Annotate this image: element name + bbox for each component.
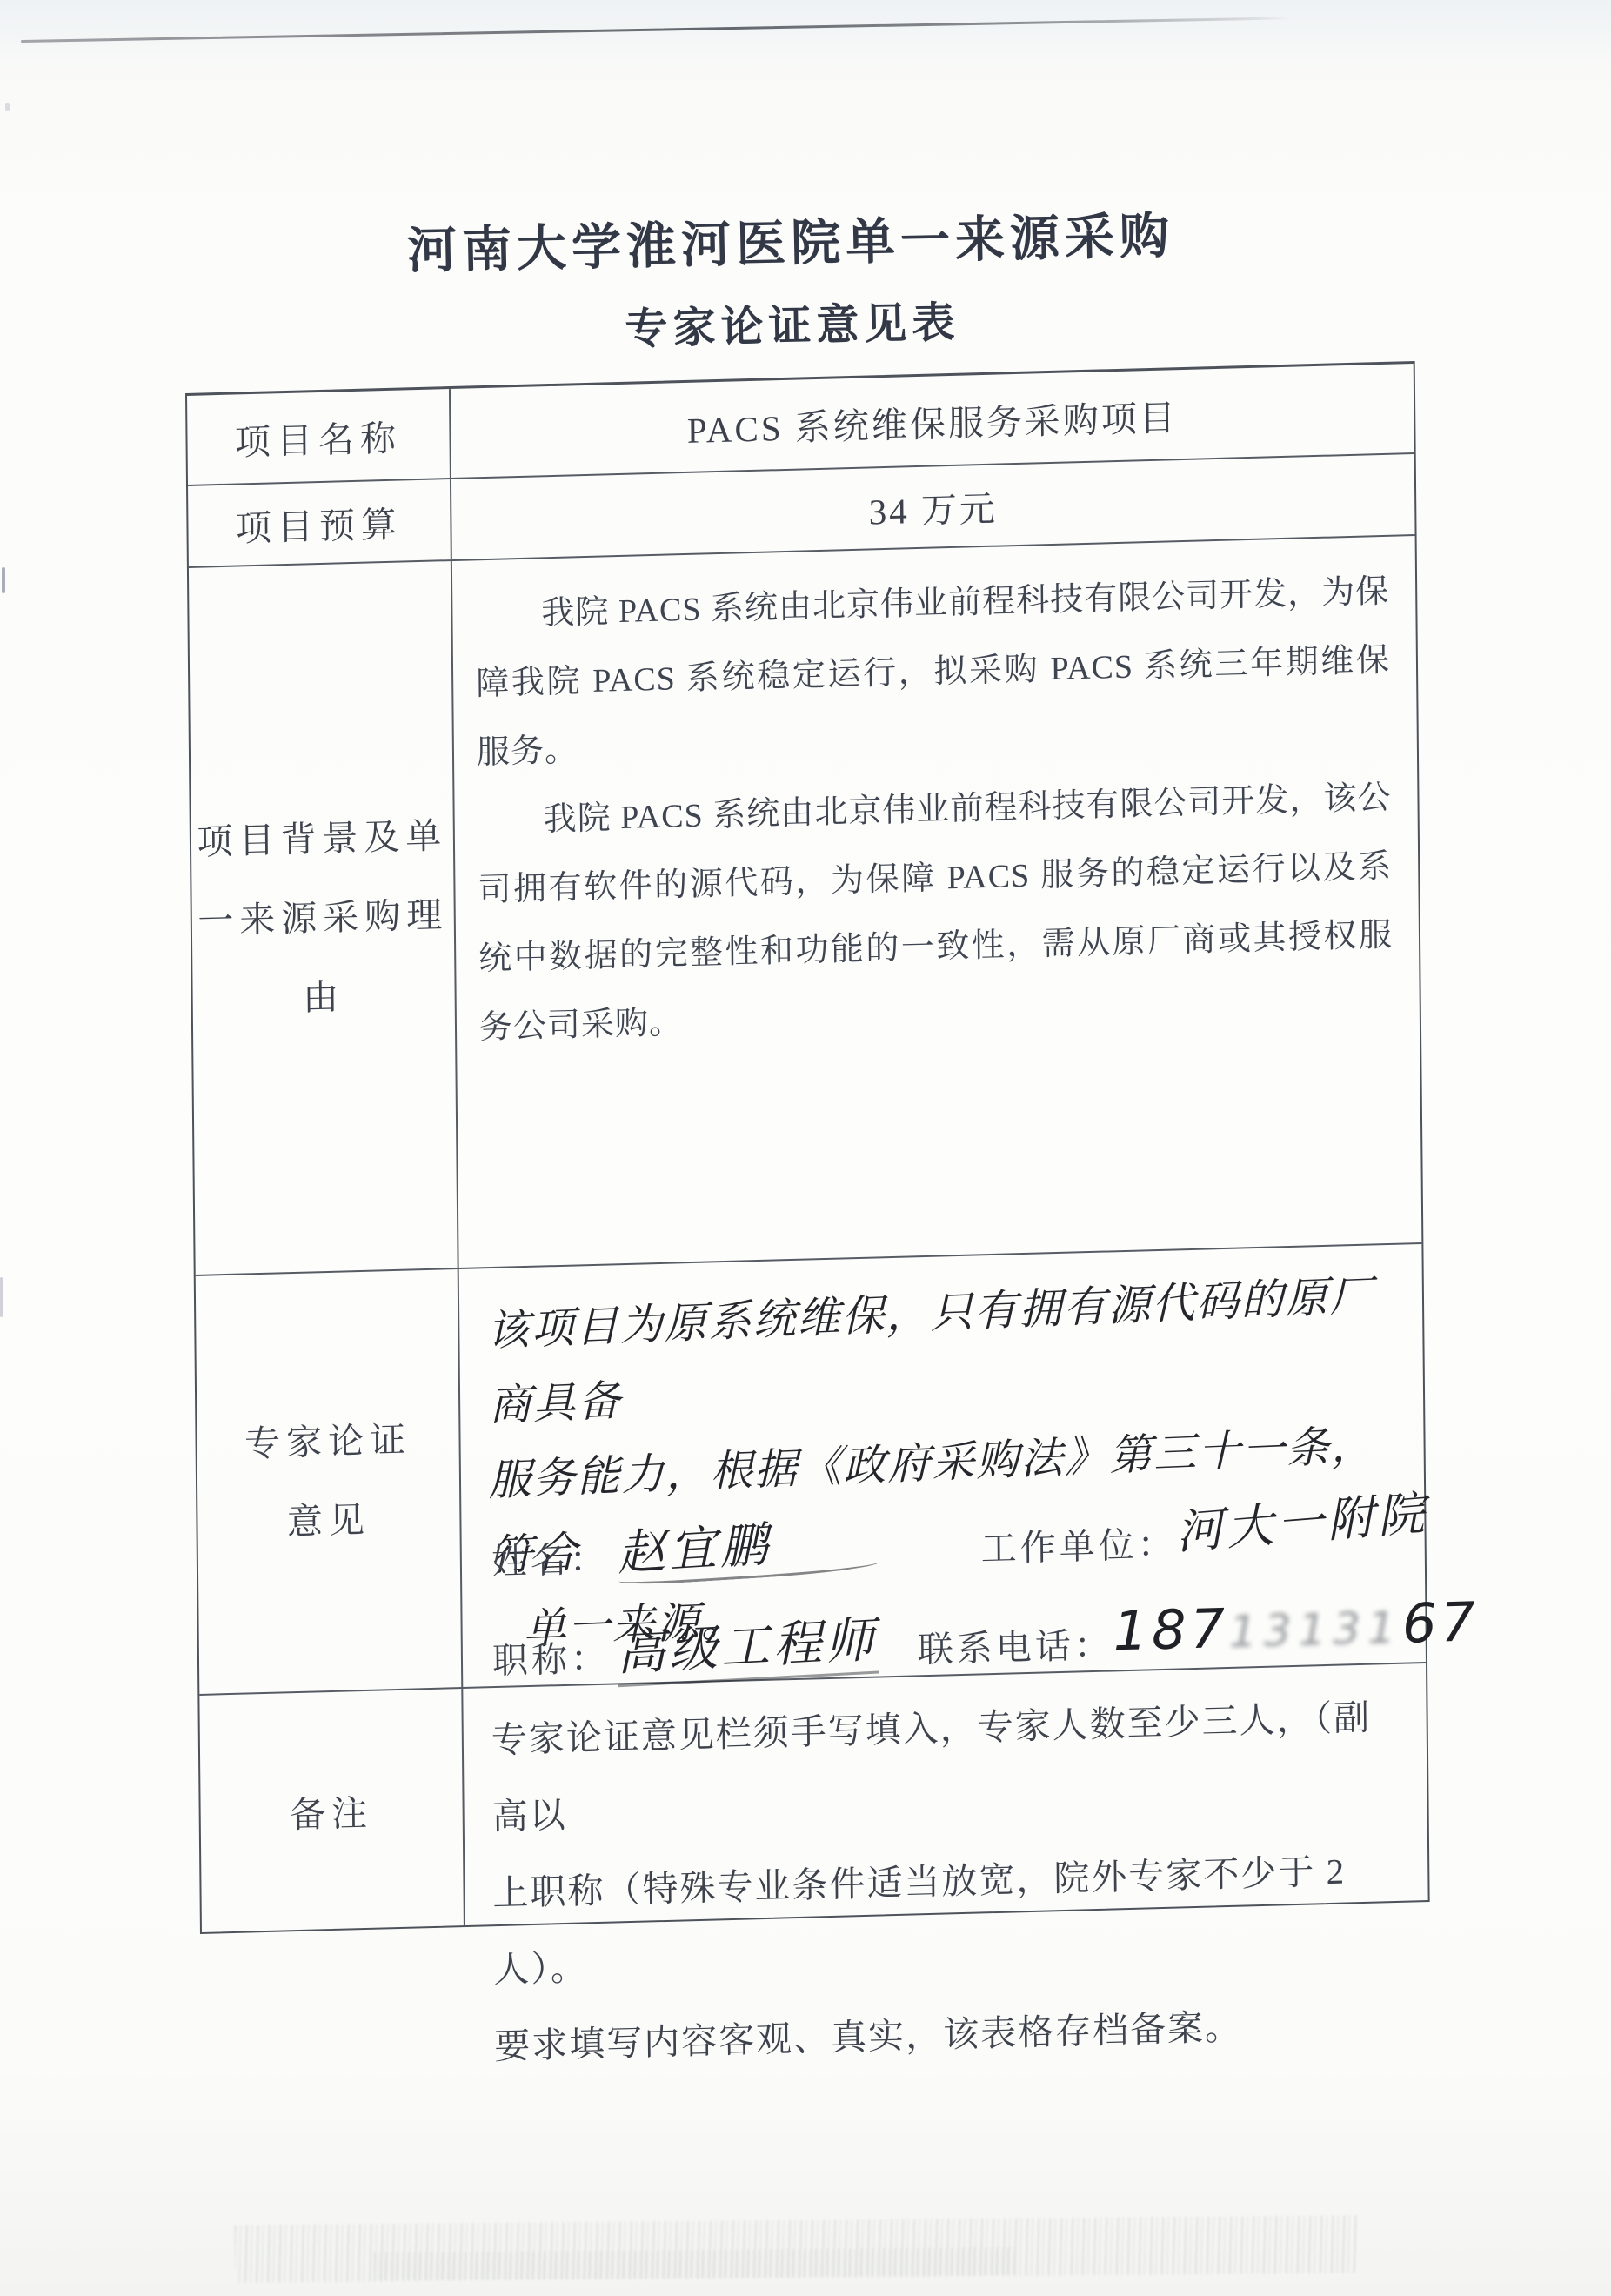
remark-label: 备注 — [199, 1689, 465, 1932]
scan-edge-mark — [2, 567, 5, 593]
document-header: 河南大学淮河医院单一来源采购 专家论证意见表 — [364, 211, 1220, 357]
background-label-line2: 一来源采购理 — [197, 897, 448, 940]
job-title-handwritten-value: 高级工程师 — [615, 1602, 879, 1688]
phone-smudged-digits: 13131 — [1229, 1603, 1403, 1657]
row-expert-opinion: 专家论证 意见 该项目为原系统维保，只有拥有源代码的原厂商具备 服务能力，根据《… — [196, 1244, 1426, 1696]
background-label: 项目背景及单 一来源采购理 由 — [189, 561, 459, 1275]
background-text: 我院 PACS 系统由北京伟业前程科技有限公司开发，为保障我院 PACS 系统稳… — [452, 536, 1420, 1063]
background-label-line1: 项目背景及单 — [197, 818, 447, 860]
scan-edge-mark — [5, 103, 10, 111]
scan-noise-band — [374, 2247, 1018, 2280]
background-paragraph-2: 我院 PACS 系统由北京伟业前程科技有限公司开发，该公司拥有软件的源代码，为保… — [477, 764, 1394, 1063]
background-label-line3: 由 — [303, 979, 344, 1015]
remark-cell: 专家论证意见栏须手写填入，专家人数至少三人，（副高以 上职称（特殊专业条件适当放… — [463, 1663, 1427, 1925]
opinion-form-table: 项目名称 PACS 系统维保服务采购项目 项目预算 34 万元 项目背景及单 一… — [185, 361, 1430, 1934]
phone-label: 联系电话： — [918, 1624, 1113, 1670]
project-name-label: 项目名称 — [187, 389, 451, 485]
background-cell: 我院 PACS 系统由北京伟业前程科技有限公司开发，为保障我院 PACS 系统稳… — [452, 536, 1422, 1268]
remark-text: 专家论证意见栏须手写填入，专家人数至少三人，（副高以 上职称（特殊专业条件适当放… — [463, 1663, 1429, 2085]
job-title-label: 职称： — [492, 1638, 610, 1682]
workplace-label: 工作单位： — [981, 1523, 1177, 1569]
phone-start-digits: 187 — [1113, 1596, 1229, 1663]
spacer — [878, 1662, 918, 1663]
expert-opinion-label: 专家论证 意见 — [196, 1269, 464, 1694]
row-background: 项目背景及单 一来源采购理 由 我院 PACS 系统由北京伟业前程科技有限公司开… — [189, 536, 1421, 1276]
expert-opinion-label-line2: 意见 — [287, 1503, 371, 1541]
remark-line1: 专家论证意见栏须手写填入，专家人数至少三人，（副高以 — [491, 1678, 1402, 1855]
scan-edge-mark — [0, 1277, 3, 1317]
row-remark: 备注 专家论证意见栏须手写填入，专家人数至少三人，（副高以 上职称（特殊专业条件… — [199, 1663, 1427, 1932]
budget-label: 项目预算 — [188, 479, 452, 566]
spacer — [879, 1561, 981, 1563]
expert-opinion-label-line1: 专家论证 — [244, 1422, 411, 1462]
expert-opinion-cell: 该项目为原系统维保，只有拥有源代码的原厂商具备 服务能力，根据《政府采购法》第三… — [459, 1244, 1426, 1687]
name-handwritten-value: 赵宜鹏 — [616, 1499, 879, 1586]
phone-end-digits: 67 — [1402, 1590, 1481, 1655]
background-paragraph-1: 我院 PACS 系统由北京伟业前程科技有限公司开发，为保障我院 PACS 系统稳… — [475, 558, 1391, 788]
name-label: 姓名： — [491, 1539, 609, 1583]
phone-handwritten-value: 1871313167 — [1113, 1590, 1480, 1663]
remark-line2: 上职称（特殊专业条件适当放宽，院外专家不少于 2 人）。 — [492, 1831, 1404, 2008]
